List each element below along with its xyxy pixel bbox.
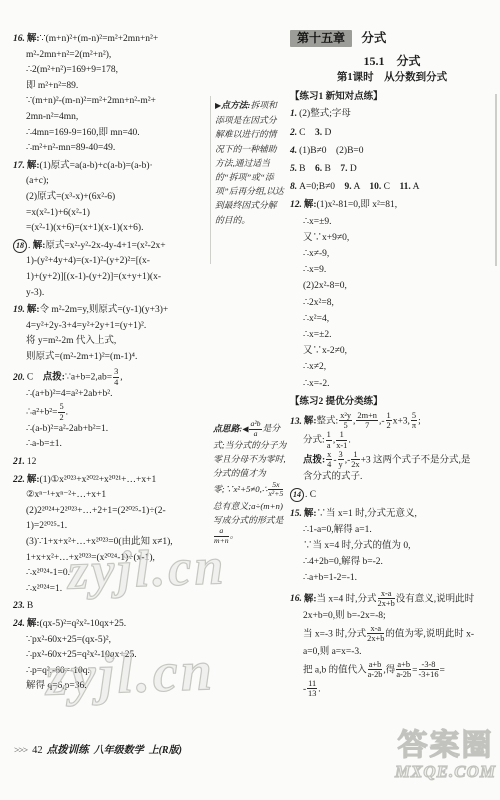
problem-item: 16.解:∵(m+n)²+(m-n)²=m²+2mn+n²+m²-2mn+n²=… [13, 32, 213, 157]
solution-line: 5.B 6. B 7. D [290, 161, 494, 177]
solution-line: ∴4mn=169-9=160,即 mn=40. [26, 126, 213, 142]
solution-line: 20.C 点拨:∵a+b=2,ab=34, [13, 367, 213, 386]
solution-line: 又∵x+9≠0, [303, 230, 494, 246]
solution-line: 4=y²+2y-3+4=y²+2y+1=(y+1)². [26, 319, 213, 335]
solution-line: 21.12 [13, 455, 213, 471]
solution-line: 2x+b=0,则 b=-2x=-8; [303, 608, 494, 624]
solution-line: 19.解:令 m²-2m=y,则原式=(y-1)(y+3)+ [13, 303, 213, 319]
brand-watermark: 答案圈 MXQE.COM [395, 730, 496, 782]
fraction: 52 [58, 402, 64, 421]
problem-number: 4. [290, 146, 297, 156]
method-note-body: 拆项和添项是在因式分解难以进行的情况下的一种辅助方法,通过适当的“拆项”或“添项… [215, 100, 284, 225]
fraction: -3-8-3+16 [419, 660, 439, 679]
problem-item: 4.(1)B≠0 (2)B=0 [290, 143, 494, 159]
problem-number: 20. [13, 373, 25, 383]
solution-line: ∴(a-b)²=a²-2ab+b²=1. [26, 422, 213, 438]
solution-line: ∴x=9. [303, 262, 494, 278]
problem-number: 12. [290, 200, 302, 210]
fraction: a+ba-2b [368, 660, 383, 679]
chapter-header: 第十五章 分式 [290, 30, 494, 48]
solution-line: 8.A=0;B≠0 9. A 10. C 11. A [290, 179, 494, 195]
answer-book-page: 16.解:∵(m+n)²+(m-n)²=m²+2mn+n²+m²-2mn+n²=… [0, 0, 500, 800]
problem-item: 19.解:令 m²-2m=y,则原式=(y-1)(y+3)+4=y²+2y-3+… [13, 303, 213, 365]
solution-line: ∴4+2b=0,解得 b=-2. [303, 554, 494, 570]
fraction: 34 [113, 367, 119, 386]
fraction: 1113 [307, 679, 317, 698]
right-answers-column: 第十五章 分式 15.1 分式 第1课时 从分数到分式 【练习1 新知对点练】1… [290, 30, 494, 701]
solution-line: 1.(2)整式;字母 [290, 106, 494, 122]
solution-line: ∴2x²=8, [303, 295, 494, 311]
solution-line: 16.解:∵(m+n)²+(m-n)²=m²+2mn+n²+ [13, 32, 213, 48]
problem-item: 8.A=0;B≠0 9. A 10. C 11. A [290, 179, 494, 195]
fraction: 2m+n7 [356, 411, 378, 430]
solution-line: 15.解:∵当 x=1 时,分式无意义, [290, 506, 494, 522]
brand-site-text: MXQE.COM [395, 762, 496, 782]
chapter-badge: 第十五章 [290, 30, 352, 47]
solution-line: ∴2(m²+n²)=169+9=178, [26, 63, 213, 79]
fraction: 1a [326, 430, 332, 449]
solution-line: =x(x²-1)+6(x²-1) [26, 206, 213, 222]
method-note: ▶点方法:拆项和添项是在因式分解难以进行的情况下的一种辅助方法,通过适当的“拆项… [215, 98, 285, 227]
problem-number: 1. [290, 109, 297, 119]
problem-number: 16. [13, 34, 25, 44]
idea-note: 点思路:◀a²ba是分式;当分式的分子为零且分母不为零时,分式的值才为零;∵x²… [213, 420, 289, 545]
problem-number: 5. [290, 164, 297, 174]
solution-line: 24.解:(qx-5)²=q²x²-10qx+25. [13, 617, 213, 633]
problem-item: 13.解:整式:x²y5,2m+n7,-12x+3,5π;分式:1a,1x-1.… [290, 411, 494, 485]
page-footer: >>>42点拨训练八年级数学上(R版) [14, 741, 182, 757]
problem-item: 15.解:∵当 x=1 时,分式无意义,∴1-a=0,解得 a=1.∵当 x=4… [290, 506, 494, 587]
section-title: 15.1 分式 [290, 52, 494, 70]
solution-line: ∴x=±9. [303, 214, 494, 230]
solution-line: 点拨:x4-3y,-12x+3 这两个式子不是分式,是 [303, 450, 494, 469]
circled-problem-number: 14 [290, 488, 304, 502]
solution-line: ∴a-b=±1. [26, 437, 213, 453]
exercise-header: 【练习1 新知对点练】 [290, 89, 494, 105]
footer-subject: 八年级数学 [94, 745, 144, 756]
problem-number: 21. [13, 457, 25, 467]
problem-item: 1.(2)整式;字母 [290, 106, 494, 122]
solution-line: 14. C [290, 487, 494, 503]
footer-page-number: 42 [32, 745, 43, 756]
solution-line: 2mn-n²=4mn, [26, 110, 213, 126]
solution-line: (2)原式=(x³-x)+(6x²-6) [26, 190, 213, 206]
solution-line: 则原式=(m²-2m+1)²=(m-1)⁴. [26, 350, 213, 366]
problem-item: 21.12 [13, 455, 213, 471]
solution-line: -1113. [303, 679, 494, 698]
problem-number: 2. [290, 128, 297, 138]
fraction: 12x [351, 450, 359, 469]
solution-line: 17.解:(1)原式=a(a-b)+c(a-b)=(a-b)· [13, 159, 213, 175]
solution-line: ∴x≠-9, [303, 246, 494, 262]
fraction: x-a2x+b [378, 589, 395, 608]
problem-item: 2.C 3. D [290, 125, 494, 141]
solution-line: (a+c); [26, 174, 213, 190]
fraction: 5xx²+5 [268, 481, 283, 499]
solution-line: (2)2²⁰²⁴+2²⁰²³+…+2+1=(2²⁰²⁵-1)÷(2- [26, 504, 213, 520]
footer-arrows-icon: >>> [14, 746, 27, 756]
solution-line: 23.B [13, 599, 213, 615]
solution-line: 1)=2²⁰²⁵-1. [26, 519, 213, 535]
footer-volume: 上(R版) [149, 745, 182, 756]
problem-number: 8. [290, 182, 297, 192]
watermark-zyjl: zyjl.cn [67, 537, 227, 601]
solution-line: 18. 解:原式=x²-y²-2x-4y-4+1=(x²-2x+ [13, 239, 213, 255]
solution-line: ∵(m+n)²-(m-n)²=m²+2mn+n²-m²+ [26, 94, 213, 110]
solution-line: 22.解:(1)①x²⁰²³+x²⁰²²+x²⁰²¹+…+x+1 [13, 473, 213, 489]
solution-line: 1)+(y+2)][(x-1)-(y+2)]=(x+y+1)(x- [26, 270, 213, 286]
solution-line: ∴x≠2, [303, 359, 494, 375]
solution-line: 将 y=m²-2m 代入上式, [26, 334, 213, 350]
problem-number: 23. [13, 601, 25, 611]
solution-line: ∴m²+n²-mn=89-40=49. [26, 141, 213, 157]
solution-line: ∴(a+b)²=4=a²+2ab+b². [26, 387, 213, 403]
solution-line: 即 m²+n²=89. [26, 79, 213, 95]
problem-number: 22. [13, 475, 25, 485]
idea-note-body: a²ba是分式;当分式的分子为零且分母不为零时,分式的值才为零;∵x²+5≠0,… [213, 423, 286, 540]
fraction: a+ba-2b [396, 660, 411, 679]
problem-number: 19. [13, 305, 25, 315]
problem-item: 20.C 点拨:∵a+b=2,ab=34,∴(a+b)²=4=a²+2ab+b²… [13, 367, 213, 453]
footer-book-title: 点拨训练 [47, 745, 89, 756]
solution-line: 1)-(y²+4y+4)=(x-1)²-(y+2)²=[(x- [26, 254, 213, 270]
fraction: a²ba [249, 420, 261, 438]
problem-item: 14. C [290, 487, 494, 503]
chapter-title: 分式 [361, 31, 386, 45]
problem-number: 15. [290, 509, 302, 519]
solution-line: 2.C 3. D [290, 125, 494, 141]
solution-line: ∴x=-2. [303, 376, 494, 392]
solution-line: 含分式的式子. [303, 469, 494, 485]
fraction: 1x-1 [336, 430, 347, 449]
solution-line: ∴x=±2. [303, 327, 494, 343]
fraction: 5π [411, 411, 417, 430]
solution-line: 又∵x-2≠0, [303, 343, 494, 359]
solution-line: ∴a+b=1-2=-1. [303, 570, 494, 586]
answers-list: 【练习1 新知对点练】1.(2)整式;字母2.C 3. D4.(1)B≠0 (2… [290, 89, 494, 698]
problem-item: 16.解:当 x=4 时,分式x-a2x+b没有意义,说明此时2x+b=0,则 … [290, 589, 494, 699]
fraction: x4 [326, 450, 332, 469]
solution-line: ②xⁿ⁻¹+xⁿ⁻²+…+x+1 [26, 488, 213, 504]
problem-number: 13. [290, 417, 302, 427]
solution-line: 4.(1)B≠0 (2)B=0 [290, 143, 494, 159]
fraction: 3y [338, 450, 344, 469]
solution-line: ∴x²=4, [303, 311, 494, 327]
method-note-title: 点方法: [221, 100, 250, 110]
solution-line: (2)2x²-8=0, [303, 278, 494, 294]
solution-line: a=0,则 a=x=-3. [303, 644, 494, 660]
problem-item: 23.B [13, 599, 213, 615]
problem-number: 17. [13, 161, 25, 171]
solution-line: 13.解:整式:x²y5,2m+n7,-12x+3,5π; [290, 411, 494, 430]
page-edge-mark [495, 94, 497, 266]
solution-line: 当 x=-3 时,分式x-a2x+b的值为零,说明此时 x- [303, 624, 494, 643]
solution-line: y-3). [26, 286, 213, 302]
solution-line: ∴a²+b²=52. [26, 402, 213, 421]
problem-item: 17.解:(1)原式=a(a-b)+c(a-b)=(a-b)·(a+c);(2)… [13, 159, 213, 237]
solution-line: ∴1-a=0,解得 a=1. [303, 522, 494, 538]
fraction: 12 [386, 411, 392, 430]
exercise-header: 【练习2 提优分类练】 [290, 394, 494, 410]
solution-line: 把 a,b 的值代入a+ba-2b,得a+ba-2b=-3-8-3+16= [303, 660, 494, 679]
circled-problem-number: 18 [13, 239, 27, 253]
solution-line: =(x²-1)(x+6)=(x+1)(x-1)(x+6). [26, 221, 213, 237]
solution-line: 16.解:当 x=4 时,分式x-a2x+b没有意义,说明此时 [290, 589, 494, 608]
problem-number: 24. [13, 619, 25, 629]
column-divider-line [210, 96, 211, 264]
solution-line: 分式:1a,1x-1. [303, 430, 494, 449]
lesson-title: 第1课时 从分数到分式 [290, 70, 494, 86]
problem-item: 12.解:(1)x²-81=0,即 x²=81,∴x=±9.又∵x+9≠0,∴x… [290, 197, 494, 391]
problem-item: 5.B 6. B 7. D [290, 161, 494, 177]
solution-line: 12.解:(1)x²-81=0,即 x²=81, [290, 197, 494, 213]
problem-number: 16. [290, 594, 302, 604]
brand-logo-text: 答案圈 [395, 730, 496, 762]
solution-line: m²-2mn+n²=2(m²+n²), [26, 48, 213, 64]
problem-item: 18. 解:原式=x²-y²-2x-4y-4+1=(x²-2x+1)-(y²+4… [13, 239, 213, 301]
watermark-zyjl-2: zyjl.cn [45, 639, 216, 709]
solution-line: ∵当 x=4 时,分式的值为 0, [303, 538, 494, 554]
fraction: x-a2x+b [367, 624, 384, 643]
idea-note-title: 点思路: [213, 423, 242, 433]
fraction: x²y5 [339, 411, 352, 430]
